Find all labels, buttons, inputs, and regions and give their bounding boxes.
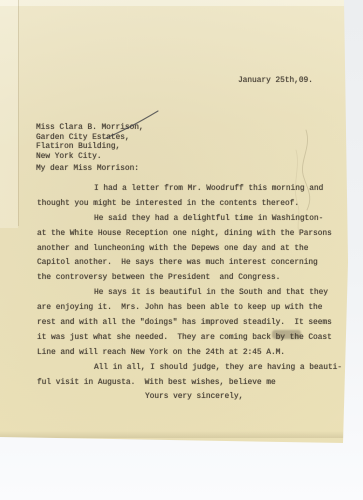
typed-line: rest and with all the "doings" has impro… bbox=[37, 316, 343, 331]
typed-line: the controversy between the President an… bbox=[37, 271, 343, 286]
paper-left-highlight bbox=[0, 0, 18, 228]
letter-paper: January 25th,09. Miss Clara B. Morrison,… bbox=[0, 0, 363, 500]
typed-line: He said they had a delightful time in Wa… bbox=[37, 212, 343, 227]
closing-line: Yours very sincerely, bbox=[37, 390, 343, 405]
typed-line: ful visit in Augusta. With best wishes, … bbox=[37, 376, 343, 391]
recipient-address: Miss Clara B. Morrison,Garden City Estat… bbox=[36, 124, 144, 162]
scan-background: January 25th,09. Miss Clara B. Morrison,… bbox=[0, 0, 363, 500]
address-line: Garden City Estates, bbox=[36, 134, 144, 144]
typed-line: All in all, I should judge, they are hav… bbox=[37, 361, 343, 376]
typed-line: He says it is beautiful in the South and… bbox=[37, 286, 343, 301]
overtype-smudge bbox=[272, 330, 301, 339]
address-line: Miss Clara B. Morrison, bbox=[36, 124, 144, 134]
letter-body: I had a letter from Mr. Woodruff this mo… bbox=[37, 182, 343, 405]
paper-bottom-shade bbox=[0, 431, 344, 438]
typed-line: thought you might be interested in the c… bbox=[37, 197, 343, 212]
typed-line: Line and will reach New York on the 24th… bbox=[37, 346, 343, 361]
salutation: My dear Miss Morrison: bbox=[36, 165, 139, 173]
address-line: New York City. bbox=[36, 153, 144, 163]
address-line: Flatiron Building, bbox=[36, 143, 144, 153]
typed-line: are enjoying it. Mrs. John has been able… bbox=[37, 301, 343, 316]
typed-line: I had a letter from Mr. Woodruff this mo… bbox=[37, 182, 343, 197]
paper-crease bbox=[18, 0, 19, 226]
typed-line: another and luncheoning with the Depews … bbox=[37, 242, 343, 257]
date-line: January 25th,09. bbox=[238, 77, 313, 85]
typed-line: at the White House Reception one night, … bbox=[37, 227, 343, 242]
typed-line: Capitol another. He says there was much … bbox=[37, 256, 343, 271]
paper-top-highlight bbox=[0, 0, 344, 6]
